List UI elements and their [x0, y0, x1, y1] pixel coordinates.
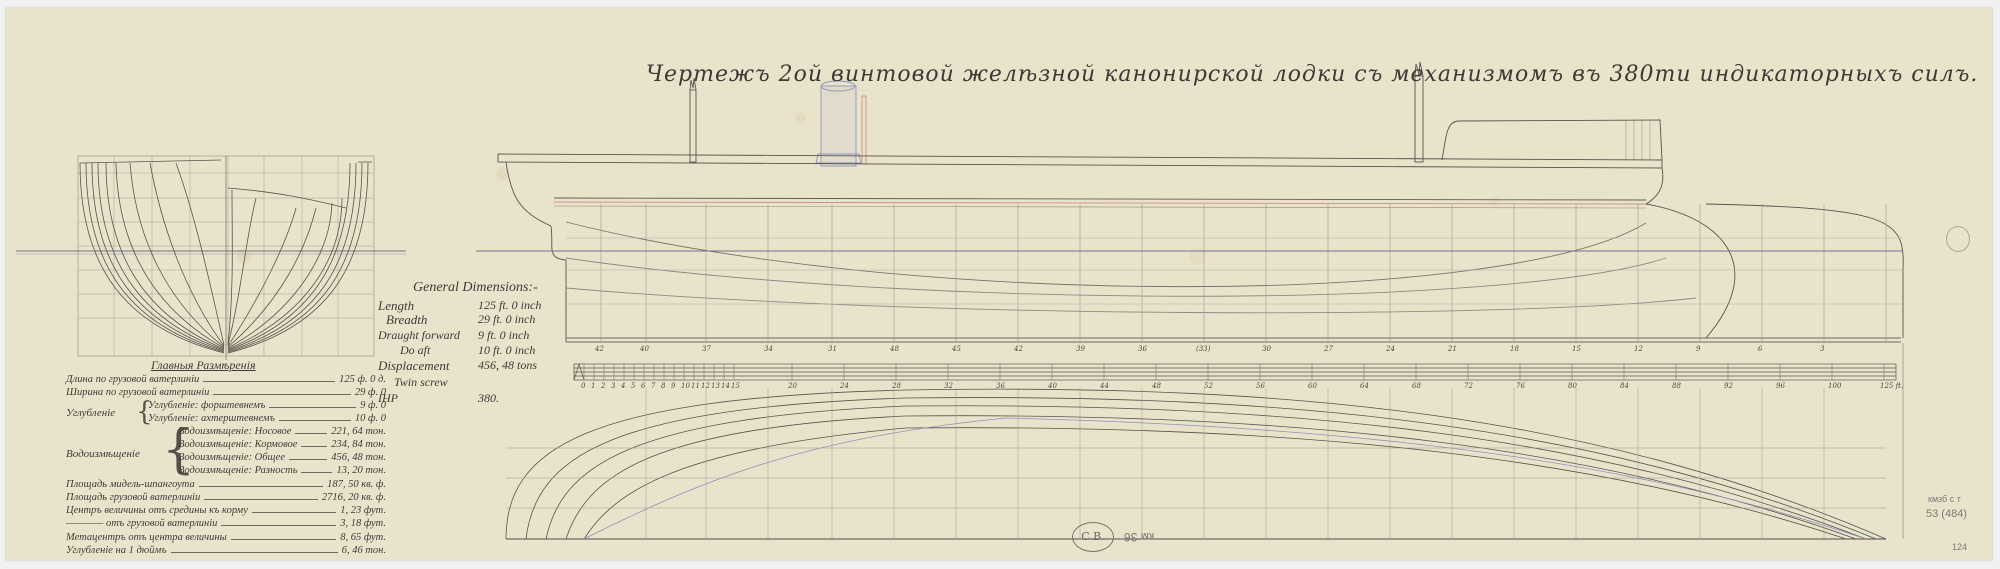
scale-label: 72: [1464, 382, 1473, 390]
ru-row: Водоизмѣщеніе: Кормовое 234, 84 тон.: [178, 439, 386, 450]
ru-label: Водоизмѣщеніе: Разность: [178, 465, 297, 476]
scale-label: 2: [601, 382, 605, 390]
station-label: 24: [1386, 345, 1395, 353]
station-label: 31: [828, 345, 837, 353]
gd-label-draught-aft: Do aft: [400, 343, 430, 358]
ru-label: Водоизмѣщеніе: Носовое: [178, 426, 291, 437]
gd-value-length: 125 ft. 0 inch: [478, 298, 541, 313]
gd-value-displacement: 456, 48 tons: [478, 358, 537, 373]
archive-stamp: С.В.: [1072, 522, 1114, 552]
ru-row: Длина по грузовой ватерлиніи 125 ф. 0 д.: [66, 374, 386, 385]
ru-label: ———— отъ грузовой ватерлиніи: [66, 518, 217, 529]
ru-row: Площадь грузовой ватерлиніи 2716, 20 кв.…: [66, 492, 386, 503]
station-label: (33): [1196, 345, 1210, 353]
ru-row: Ширина по грузовой ватерлиніи 29 ф. 0: [66, 387, 386, 398]
gd-value-breadth: 29 ft. 0 inch: [478, 312, 535, 327]
general-dimensions-table: Length 125 ft. 0 inch Breadth 29 ft. 0 i…: [378, 298, 538, 418]
ru-value: 8, 65 фут.: [340, 532, 386, 543]
ru-value: 234, 84 тон.: [331, 439, 386, 450]
scale-label: 20: [788, 382, 797, 390]
station-label: 34: [764, 345, 773, 353]
drawing-title: Чертежъ 2ой винтовой желѣзной канонирско…: [646, 62, 1706, 87]
scale-label: 28: [892, 382, 901, 390]
ru-value: 9 ф. 0: [360, 400, 386, 411]
ru-row: Водоизмѣщеніе: Носовое 221, 64 тон.: [178, 426, 386, 437]
scale-label: 80: [1568, 382, 1577, 390]
corner-note: 124: [1952, 542, 1967, 552]
scale-label: 56: [1256, 382, 1265, 390]
scale-label: 32: [944, 382, 953, 390]
scale-label: 44: [1100, 382, 1109, 390]
scale-label: 9: [671, 382, 675, 390]
ru-row: Углубленіе на 1 дюймъ 6, 46 тон.: [66, 545, 386, 556]
scale-label: 92: [1724, 382, 1733, 390]
ru-label: Площадь мидель-шпангоута: [66, 479, 195, 490]
scale-label: 40: [1048, 382, 1057, 390]
drawing-sheet: Чертежъ 2ой винтовой желѣзной канонирско…: [6, 8, 1992, 560]
ru-row: ———— отъ грузовой ватерлиніи 3, 18 фут.: [66, 518, 386, 529]
station-label: 39: [1076, 345, 1085, 353]
scale-label: 8: [661, 382, 665, 390]
half-breadth-plan: [506, 343, 1903, 539]
gd-label-displacement: Displacement: [378, 358, 449, 374]
ru-value: 2716, 20 кв. ф.: [322, 492, 386, 503]
scale-label: 48: [1152, 382, 1161, 390]
corner-note: 53 (484): [1926, 508, 1967, 520]
gd-label-draught-forward: Draught forward: [378, 328, 460, 343]
scale-label: 60: [1308, 382, 1317, 390]
scale-label: 11: [691, 382, 700, 390]
station-label: 6: [1758, 345, 1762, 353]
scale-label: 96: [1776, 382, 1785, 390]
scale-label: 13: [711, 382, 720, 390]
ru-row: Центръ величины отъ средины къ корму 1, …: [66, 505, 386, 516]
station-label: 12: [1634, 345, 1643, 353]
ru-value: 221, 64 тон.: [331, 426, 386, 437]
ru-value: 3, 18 фут.: [340, 518, 386, 529]
scale-label: 125 ft.: [1880, 382, 1903, 390]
principal-dimensions-table: Главныя Размѣренія Длина по грузовой ват…: [66, 358, 386, 558]
station-label: 48: [890, 345, 899, 353]
scale-label: 64: [1360, 382, 1369, 390]
ru-value: 13, 20 тон.: [336, 465, 386, 476]
scale-label: 84: [1620, 382, 1629, 390]
station-label: 3: [1820, 345, 1824, 353]
gd-value-draught-aft: 10 ft. 0 inch: [478, 343, 535, 358]
ru-group-draught: Углубленіе: [66, 407, 115, 419]
station-label: 27: [1324, 345, 1333, 353]
scale-label: 36: [996, 382, 1005, 390]
ru-value: 10 ф. 0: [355, 413, 386, 424]
ru-label: Водоизмѣщеніе: Кормовое: [178, 439, 297, 450]
scale-label: 15: [731, 382, 740, 390]
station-label: 36: [1138, 345, 1147, 353]
scale-label: 7: [651, 382, 655, 390]
station-label: 18: [1510, 345, 1519, 353]
ru-label: Углубленіе: форштевнемъ: [148, 400, 265, 411]
ru-row: Площадь мидель-шпангоута 187, 50 кв. ф.: [66, 479, 386, 490]
body-plan: [16, 156, 406, 360]
scale-label: 0: [581, 382, 585, 390]
scale-label: 5: [631, 382, 635, 390]
scale-label: 100: [1828, 382, 1841, 390]
ru-row: Водоизмѣщеніе: Общее 456, 48 тон.: [178, 452, 386, 463]
station-label: 42: [595, 345, 604, 353]
ru-label: Водоизмѣщеніе: Общее: [178, 452, 285, 463]
principal-dimensions-heading: Главныя Размѣренія: [151, 358, 256, 373]
station-label: 15: [1572, 345, 1581, 353]
ru-label: Длина по грузовой ватерлиніи: [66, 374, 199, 385]
station-label: 30: [1262, 345, 1271, 353]
scale-label: 68: [1412, 382, 1421, 390]
ru-value: 187, 50 кв. ф.: [327, 479, 386, 490]
ru-value: 1, 23 фут.: [340, 505, 386, 516]
station-label: 37: [702, 345, 711, 353]
scale-bar: [574, 364, 1896, 380]
scale-label: 3: [611, 382, 615, 390]
ru-label: Метацентръ отъ центра величины: [66, 532, 227, 543]
ru-row: Метацентръ отъ центра величины 8, 65 фут…: [66, 532, 386, 543]
scale-label: 24: [840, 382, 849, 390]
scale-label: 76: [1516, 382, 1525, 390]
scale-label: 4: [621, 382, 625, 390]
ru-row: Водоизмѣщеніе: Разность 13, 20 тон.: [178, 465, 386, 476]
station-label: 40: [640, 345, 649, 353]
ru-label: Площадь грузовой ватерлиніи: [66, 492, 200, 503]
scale-label: 10: [681, 382, 690, 390]
archive-note: км 36: [1124, 530, 1154, 544]
gd-value-draught-forward: 9 ft. 0 inch: [478, 328, 529, 343]
ru-value: 29 ф. 0: [355, 387, 386, 398]
scale-label: 14: [721, 382, 730, 390]
ru-value: 125 ф. 0 д.: [339, 374, 386, 385]
corner-note: кмзб с т: [1928, 494, 1961, 504]
gd-value-ihp: 380.: [478, 391, 499, 406]
scale-label: 88: [1672, 382, 1681, 390]
profile-view: [476, 62, 1903, 342]
station-label: 9: [1696, 345, 1700, 353]
gd-label-twin-screw: Twin screw: [394, 375, 448, 390]
ru-value: 6, 46 тон.: [342, 545, 386, 556]
station-label: 42: [1014, 345, 1023, 353]
station-label: 21: [1448, 345, 1457, 353]
ru-value: 456, 48 тон.: [331, 452, 386, 463]
ru-row: Углубленіе: форштевнемъ 9 ф. 0: [148, 400, 386, 411]
general-dimensions-heading: General Dimensions:-: [413, 280, 538, 296]
ru-label: Углубленіе на 1 дюймъ: [66, 545, 167, 556]
scale-label: 6: [641, 382, 645, 390]
gd-label-breadth: Breadth: [386, 312, 427, 328]
scale-label: 52: [1204, 382, 1213, 390]
ru-group-displacement: Водоизмѣщеніе: [66, 448, 140, 460]
pencil-circle-mark: [1946, 226, 1970, 252]
scale-label: 1: [591, 382, 595, 390]
ru-label: Центръ величины отъ средины къ корму: [66, 505, 248, 516]
scale-label: 12: [701, 382, 710, 390]
station-label: 45: [952, 345, 961, 353]
